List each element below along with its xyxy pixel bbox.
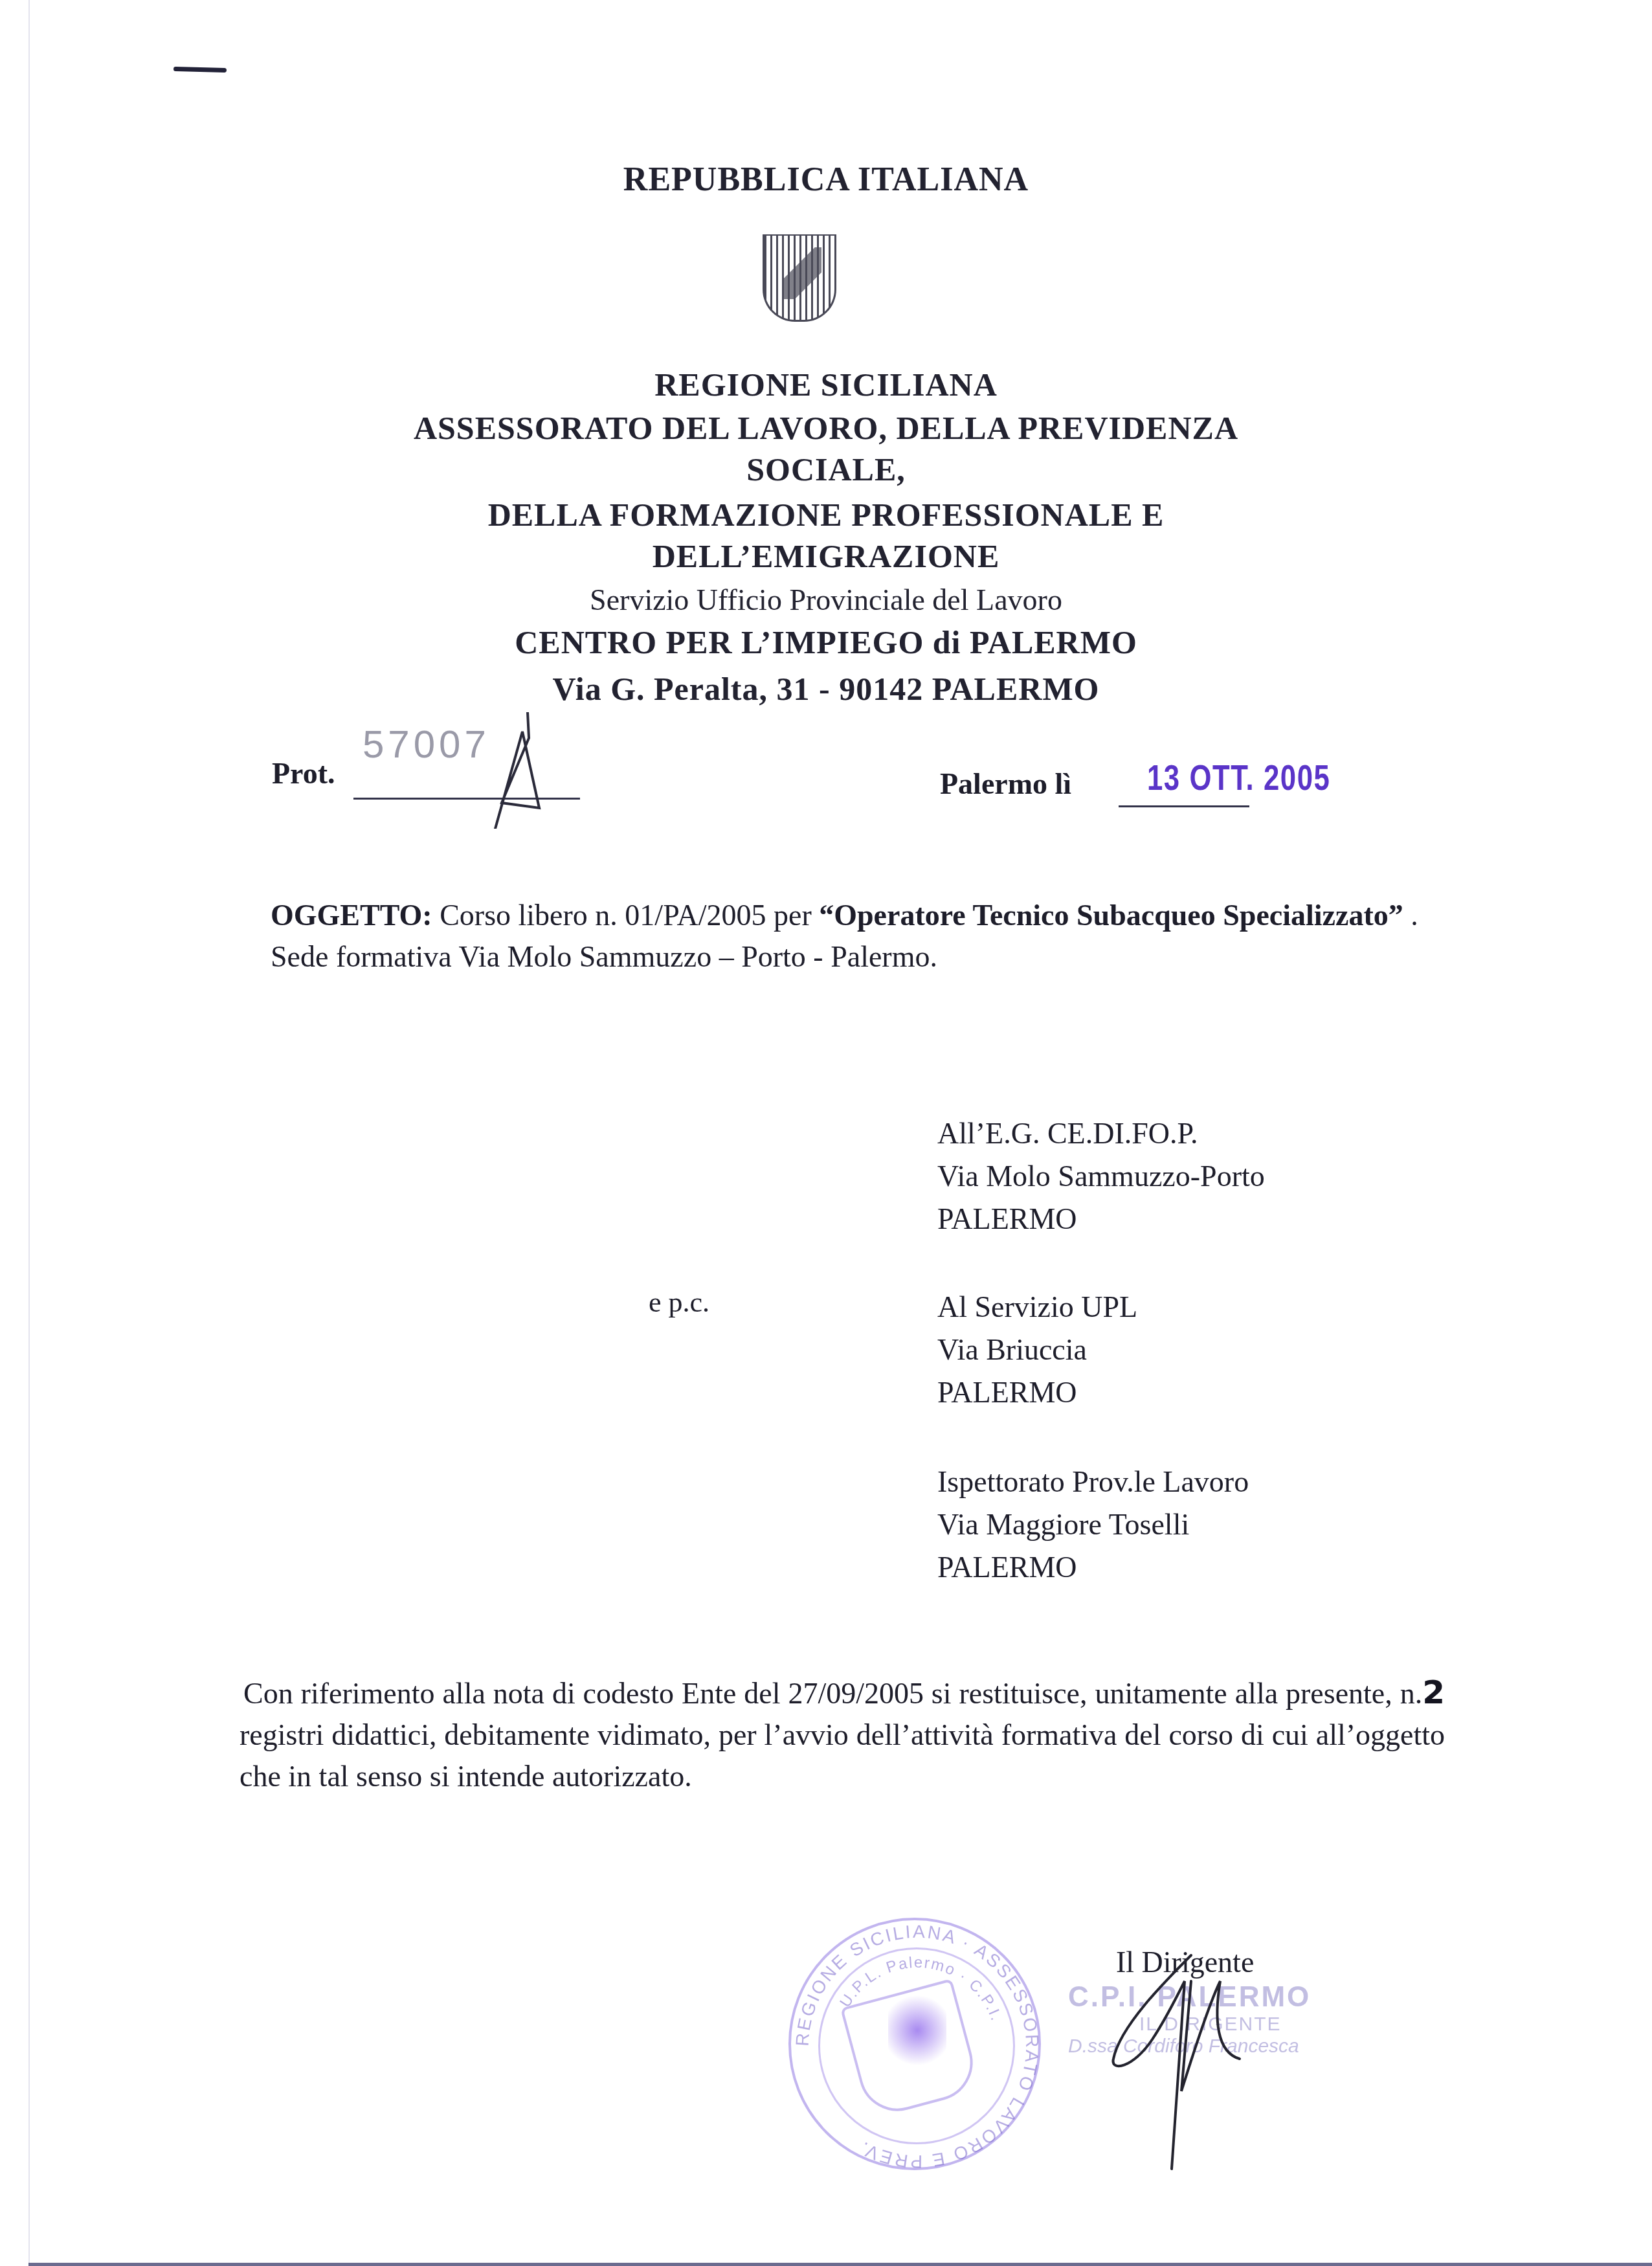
scan-bottom-edge	[28, 2263, 1652, 2266]
subject-label: OGGETTO:	[271, 899, 432, 932]
body-part2: registri didattici, debitamente vidimato…	[240, 1718, 1445, 1793]
seal-text-ring: REGIONE SICILIANA · ASSESSORATO LAVORO E…	[791, 1920, 1044, 2173]
official-seal-icon: REGIONE SICILIANA · ASSESSORATO LAVORO E…	[788, 1918, 1041, 2170]
date-stamp: 13 OTT. 2005	[1147, 756, 1330, 798]
cc-label: e p.c.	[649, 1286, 709, 1319]
subject-block: OGGETTO: Corso libero n. 01/PA/2005 per …	[271, 895, 1423, 978]
svg-text:U.P.L. Palermo · C.P.I.: U.P.L. Palermo · C.P.I.	[836, 1954, 1005, 2024]
recipient-city: PALERMO	[937, 1198, 1265, 1240]
protocol-label: Prot.	[272, 756, 335, 791]
recipient-cc-upl: Al Servizio UPL Via Briuccia PALERMO	[937, 1286, 1137, 1414]
course-title: “Operatore Tecnico Subacqueo Specializza…	[819, 899, 1403, 932]
recipient-city: PALERMO	[937, 1371, 1137, 1414]
recipient-primary: All’E.G. CE.DI.FO.P. Via Molo Sammuzzo-P…	[937, 1112, 1265, 1240]
handwritten-signature-icon	[1094, 1942, 1249, 2175]
recipient-cc-inspectorate: Ispettorato Prov.le Lavoro Via Maggiore …	[937, 1461, 1249, 1589]
date-underline	[1119, 805, 1249, 807]
letterhead-department-cont3: DELL’EMIGRAZIONE	[0, 537, 1652, 575]
protocol-number: 57007	[363, 722, 490, 767]
subject-text: Corso libero n. 01/PA/2005 per	[432, 899, 820, 932]
recipient-name: All’E.G. CE.DI.FO.P.	[937, 1112, 1265, 1155]
recipient-street: Via Briuccia	[937, 1329, 1137, 1371]
letter-body: Con riferimento alla nota di codesto Ent…	[240, 1672, 1445, 1797]
letterhead-address: Via G. Peralta, 31 - 90142 PALERMO	[0, 670, 1652, 708]
recipient-street: Via Molo Sammuzzo-Porto	[937, 1155, 1265, 1198]
republic-heading: REPUBBLICA ITALIANA	[0, 161, 1652, 199]
handwritten-count: 2	[1422, 1674, 1445, 1711]
letterhead-department: ASSESSORATO DEL LAVORO, DELLA PREVIDENZA	[0, 409, 1652, 447]
recipient-street: Via Maggiore Toselli	[937, 1503, 1249, 1546]
letterhead-department-cont2: DELLA FORMAZIONE PROFESSIONALE E	[0, 496, 1652, 533]
recipient-name: Ispettorato Prov.le Lavoro	[937, 1461, 1249, 1503]
handwritten-initials-icon	[482, 712, 573, 829]
scan-page-edge	[28, 0, 30, 2266]
recipient-city: PALERMO	[937, 1546, 1249, 1589]
letterhead-region: REGIONE SICILIANA	[0, 366, 1652, 403]
letterhead-service: Servizio Ufficio Provinciale del Lavoro	[0, 583, 1652, 617]
punch-mark	[173, 67, 227, 73]
body-part1: Con riferimento alla nota di codesto Ent…	[243, 1677, 1422, 1710]
letterhead-office: CENTRO PER L’IMPIEGO di PALERMO	[0, 623, 1652, 661]
recipient-name: Al Servizio UPL	[937, 1286, 1137, 1329]
date-label: Palermo lì	[940, 767, 1071, 801]
letterhead-department-cont: SOCIALE,	[0, 451, 1652, 488]
italian-republic-emblem-icon	[763, 234, 836, 322]
